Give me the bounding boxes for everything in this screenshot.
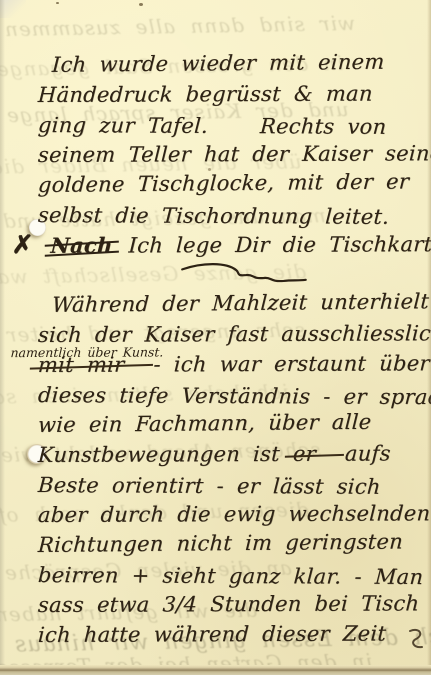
handwriting-line: Händedruck begrüsst & man <box>37 78 430 110</box>
handwriting-text: Ich lege Dir die Tischkarte bei. <box>115 232 431 258</box>
handwriting-line: Ich wurde wieder mit einem <box>37 46 431 80</box>
handwritten-text: Ich wurde wieder mit einemHändedruck beg… <box>38 50 430 650</box>
letter-page: wir sind dann alle zusammenin den grosse… <box>0 0 431 675</box>
handwriting-text: sass etwa 3/4 Stunden bei Tisch - <box>37 591 431 617</box>
interline-insertion: namentlich über Kunst. <box>10 337 164 368</box>
stray-ink-mark <box>406 628 428 652</box>
handwriting-line: beirren + sieht ganz klar. - Man <box>37 560 431 592</box>
paper-speck <box>139 3 143 6</box>
struck-out-text: Nach <box>47 233 116 258</box>
scan-edge-right <box>427 0 431 675</box>
handwriting-text: aber durch die ewig wechselnden <box>37 501 431 527</box>
flourish-icon <box>179 261 308 288</box>
handwriting-text: Händedruck begrüsst & man <box>37 82 373 107</box>
handwriting-text: ich hatte während dieser Zeit <box>37 621 386 647</box>
handwriting-line: ich hatte während dieser Zeit <box>37 618 430 650</box>
handwriting-line: sass etwa 3/4 Stunden bei Tisch - <box>37 588 430 620</box>
paper-speck <box>56 2 59 4</box>
handwriting-line: ✗ Nach Ich lege Dir die Tischkarte bei. <box>11 228 430 260</box>
handwriting-text: Während der Mahlzeit unterhielt <box>51 289 429 317</box>
handwriting-text: dieses tiefe Verständnis - er sprach <box>37 383 431 409</box>
handwriting-text: seinem Teller hat der Kaiser seine <box>37 141 431 167</box>
handwriting-line: ging zur Tafel. Rechts von <box>37 110 431 142</box>
margin-x-mark: ✗ <box>11 230 48 259</box>
handwriting-text: goldene Tischglocke, mit der er <box>37 169 409 197</box>
handwriting-line: aber durch die ewig wechselnden <box>37 498 430 530</box>
scan-edge-bottom <box>0 665 431 675</box>
handwriting-text: beirren + sieht ganz klar. - Man <box>37 563 424 589</box>
handwriting-line: seinem Teller hat der Kaiser seine <box>37 138 430 170</box>
handwriting-text: ging zur Tafel. Rechts von <box>37 113 387 139</box>
handwriting-text: Ich wurde wieder mit einem <box>51 50 385 77</box>
scan-edge-left <box>0 0 5 675</box>
handwriting-line: selbst die Tischordnung leitet. <box>37 200 431 232</box>
bleed-through-text: wir sind dann alle zusammen <box>4 11 356 41</box>
handwriting-text: Beste orientirt - er lässt sich <box>37 473 381 499</box>
paper-speck <box>208 168 211 171</box>
handwriting-line: Während der Mahlzeit unterhielt <box>37 286 431 320</box>
handwriting-text: Richtungen nicht im geringsten <box>37 529 403 557</box>
handwriting-line: wie ein Fachmann, über alle <box>37 406 431 440</box>
handwriting-line: Kunstbewegungen ist er aufs <box>37 438 430 470</box>
handwriting-text: selbst die Tischordnung leitet. <box>37 203 390 229</box>
handwriting-text: wie ein Fachmann, über alle <box>37 410 372 437</box>
handwriting-text: Kunstbewegungen ist <box>37 442 293 467</box>
handwriting-line: goldene Tischglocke, mit der er <box>37 166 431 200</box>
separator-flourish <box>37 258 430 290</box>
handwriting-text: - ich war erstaunt über <box>140 351 430 376</box>
handwriting-line: Richtungen nicht im geringsten <box>37 526 431 560</box>
struck-out-text: er <box>292 442 332 466</box>
handwriting-line: Beste orientirt - er lässt sich <box>37 470 431 502</box>
handwriting-line: mit mir - ich war erstaunt übernamentlic… <box>37 348 430 380</box>
